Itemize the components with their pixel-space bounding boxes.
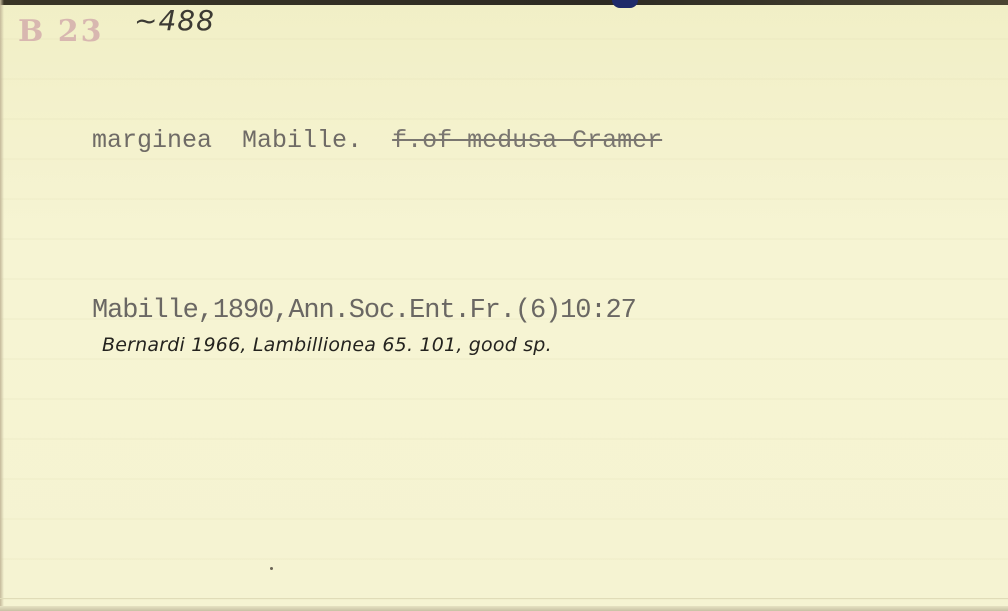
binder-hole-mark [612, 0, 638, 8]
species-author: Mabille. [242, 126, 362, 155]
paper-speck [270, 567, 273, 570]
handwritten-note: Bernardi 1966, Lambillionea 65. 101, goo… [102, 334, 552, 356]
species-line: marginea Mabille. f.of medusa Cramer [92, 126, 662, 155]
catalog-stamp: B 23 [18, 14, 104, 49]
handwritten-number: ~488 [134, 4, 215, 37]
index-card: B 23 ~488 marginea Mabille. f.of medusa … [0, 0, 1008, 611]
card-bottom-edge [0, 606, 1008, 611]
reference-citation: Mabille,1890,Ann.Soc.Ent.Fr.(6)10:27 [92, 296, 636, 326]
struck-synonym: f.of medusa Cramer [392, 126, 662, 155]
card-left-edge [0, 0, 4, 611]
species-name: marginea [92, 126, 212, 155]
card-bottom-line [0, 598, 1008, 599]
